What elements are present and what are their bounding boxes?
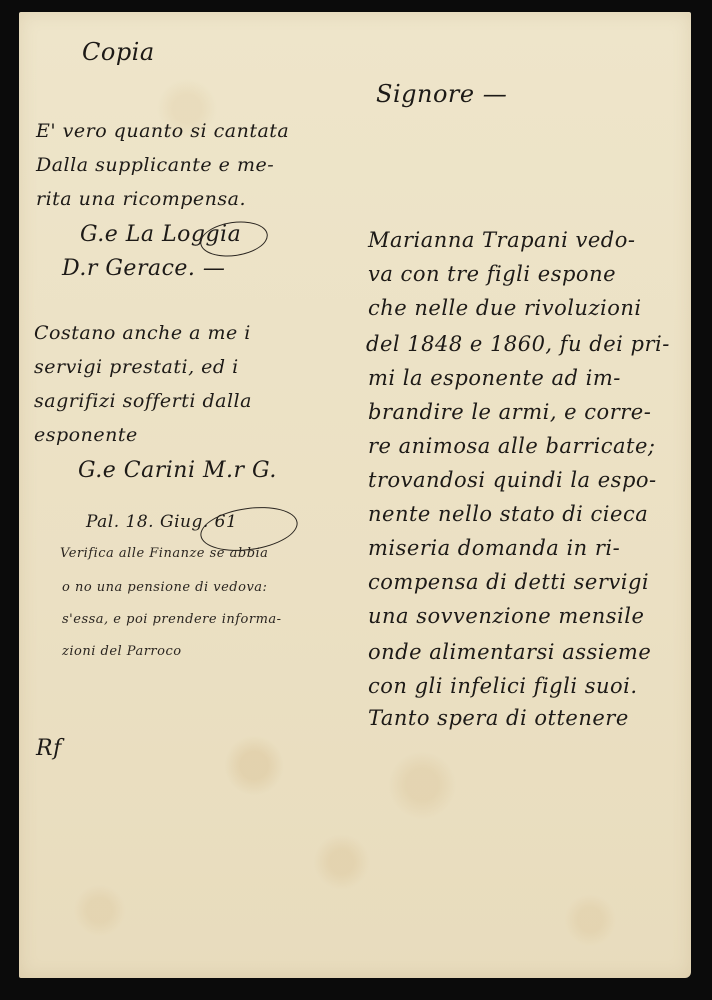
petition-line: miseria domanda in ri- — [368, 536, 620, 560]
petition-line: Marianna Trapani vedo- — [368, 228, 635, 252]
petition-line: brandire le armi, e corre- — [368, 400, 651, 424]
signature-gerace: D.r Gerace. — — [62, 256, 225, 281]
document-title: Copia — [82, 38, 155, 66]
note-line: Verifica alle Finanze se abbia — [60, 546, 268, 561]
signature-carini: G.e Carini M.r G. — [78, 458, 277, 483]
petition-line: va con tre figli espone — [368, 262, 616, 286]
attestation-line: Dalla supplicante e me- — [36, 154, 274, 176]
attestation-line: rita una ricompensa. — [36, 188, 246, 210]
petition-line: re animosa alle barricate; — [368, 434, 655, 458]
initials-mark: Rf — [36, 736, 62, 761]
note-header: Pal. 18. Giug. 61 — [86, 512, 237, 532]
attestation-line: E' vero quanto si cantata — [36, 120, 289, 142]
petition-line: nente nello stato di cieca — [368, 502, 648, 526]
attestation-line: servigi prestati, ed i — [34, 356, 239, 378]
petition-line: mi la esponente ad im- — [368, 366, 621, 390]
petition-line: che nelle due rivoluzioni — [368, 296, 642, 320]
attestation-line: sagrifizi sofferti dalla — [34, 390, 252, 412]
petition-line: con gli infelici figli suoi. — [368, 674, 638, 698]
note-line: o no una pensione di vedova: — [62, 580, 267, 595]
petition-line: compensa di detti servigi — [368, 570, 649, 594]
attestation-line: esponente — [34, 424, 138, 446]
salutation: Signore — — [376, 80, 507, 108]
note-line: zioni del Parroco — [62, 644, 182, 659]
petition-line: trovandosi quindi la espo- — [368, 468, 657, 492]
petition-line: Tanto spera di ottenere — [368, 706, 629, 730]
attestation-line: Costano anche a me i — [34, 322, 251, 344]
note-line: s'essa, e poi prendere informa- — [62, 612, 282, 627]
petition-line: del 1848 e 1860, fu dei pri- — [366, 332, 670, 356]
petition-line: onde alimentarsi assieme — [368, 640, 651, 664]
petition-line: una sovvenzione mensile — [368, 604, 644, 628]
